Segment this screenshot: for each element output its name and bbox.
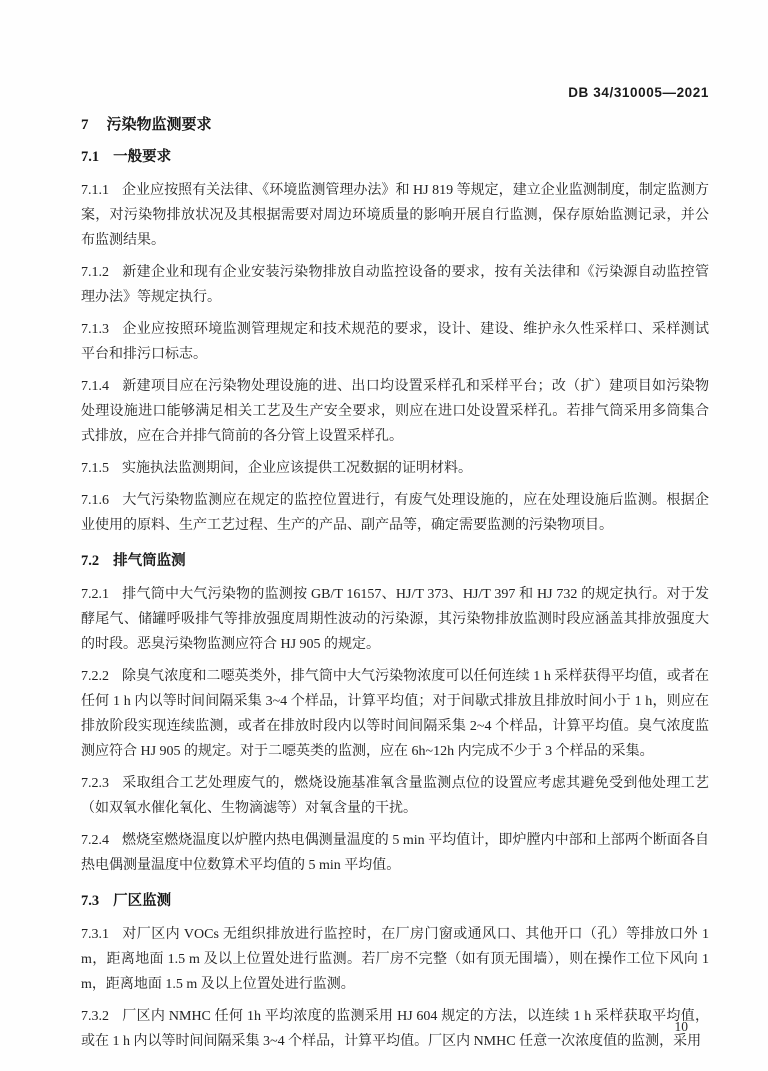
- clause-paragraph: 7.1.4新建项目应在污染物处理设施的进、出口均设置采样孔和采样平台；改（扩）建…: [81, 374, 709, 449]
- clause-text: 对厂区内 VOCs 无组织排放进行监控时，在厂房门窗或通风口、其他开口（孔）等排…: [81, 927, 709, 992]
- standard-code: DB 34/310005—2021: [568, 85, 709, 100]
- clause-paragraph: 7.1.5实施执法监测期间，企业应该提供工况数据的证明材料。: [81, 456, 709, 481]
- clause-number: 7.2.2: [81, 669, 109, 684]
- document-body: 7污染物监测要求7.1一般要求7.1.1企业应按照有关法律、《环境监测管理办法》…: [81, 110, 709, 1054]
- heading-title: 排气筒监测: [113, 553, 186, 569]
- clause-paragraph: 7.3.1对厂区内 VOCs 无组织排放进行监控时，在厂房门窗或通风口、其他开口…: [81, 922, 709, 997]
- clause-paragraph: 7.1.6大气污染物监测应在规定的监控位置进行，有废气处理设施的，应在处理设施后…: [81, 488, 709, 538]
- heading-number: 7.3: [81, 893, 99, 909]
- clause-number: 7.1.3: [81, 322, 109, 337]
- clause-number: 7.2.1: [81, 587, 109, 602]
- clause-paragraph: 7.1.2新建企业和现有企业安装污染物排放自动监控设备的要求，按有关法律和《污染…: [81, 260, 709, 310]
- clause-text: 大气污染物监测应在规定的监控位置进行，有废气处理设施的，应在处理设施后监测。根据…: [81, 493, 709, 533]
- clause-text: 采取组合工艺处理废气的，燃烧设施基准氧含量监测点位的设置应考虑其避免受到他处理工…: [81, 776, 709, 816]
- clause-text: 新建企业和现有企业安装污染物排放自动监控设备的要求，按有关法律和《污染源自动监控…: [81, 265, 709, 305]
- heading-number: 7.1: [81, 149, 99, 165]
- heading-title: 污染物监测要求: [107, 116, 212, 133]
- heading-number: 7: [81, 117, 89, 133]
- clause-paragraph: 7.1.1企业应按照有关法律、《环境监测管理办法》和 HJ 819 等规定，建立…: [81, 178, 709, 253]
- clause-number: 7.1.5: [81, 461, 109, 476]
- chapter-heading: 7污染物监测要求: [81, 116, 709, 134]
- heading-title: 厂区监测: [113, 893, 171, 909]
- section-heading: 7.2排气筒监测: [81, 553, 709, 570]
- document-page: DB 34/310005—2021 7污染物监测要求7.1一般要求7.1.1企业…: [0, 0, 768, 1071]
- clause-number: 7.1.2: [81, 265, 109, 280]
- clause-text: 实施执法监测期间，企业应该提供工况数据的证明材料。: [122, 461, 472, 476]
- clause-text: 新建项目应在污染物处理设施的进、出口均设置采样孔和采样平台；改（扩）建项目如污染…: [81, 379, 709, 444]
- clause-paragraph: 7.2.2除臭气浓度和二噁英类外，排气筒中大气污染物浓度可以任何连续 1 h 采…: [81, 664, 709, 764]
- clause-text: 企业应按照环境监测管理规定和技术规范的要求，设计、建设、维护永久性采样口、采样测…: [81, 322, 709, 362]
- page-number: 10: [675, 1019, 689, 1034]
- clause-number: 7.1.6: [81, 493, 109, 508]
- clause-paragraph: 7.1.3企业应按照环境监测管理规定和技术规范的要求，设计、建设、维护永久性采样…: [81, 317, 709, 367]
- heading-title: 一般要求: [113, 149, 171, 165]
- document-header: DB 34/310005—2021: [81, 85, 709, 100]
- heading-number: 7.2: [81, 553, 99, 569]
- clause-number: 7.1.4: [81, 379, 109, 394]
- section-heading: 7.3厂区监测: [81, 893, 709, 910]
- clause-paragraph: 7.2.3采取组合工艺处理废气的，燃烧设施基准氧含量监测点位的设置应考虑其避免受…: [81, 771, 709, 821]
- clause-text: 排气筒中大气污染物的监测按 GB/T 16157、HJ/T 373、HJ/T 3…: [81, 587, 709, 652]
- clause-text: 企业应按照有关法律、《环境监测管理办法》和 HJ 819 等规定，建立企业监测制…: [81, 183, 709, 248]
- clause-text: 燃烧室燃烧温度以炉膛内热电偶测量温度的 5 min 平均值计，即炉膛内中部和上部…: [81, 833, 709, 873]
- section-heading: 7.1一般要求: [81, 149, 709, 166]
- clause-number: 7.2.3: [81, 776, 109, 791]
- clause-text: 除臭气浓度和二噁英类外，排气筒中大气污染物浓度可以任何连续 1 h 采样获得平均…: [81, 669, 709, 759]
- clause-paragraph: 7.2.1排气筒中大气污染物的监测按 GB/T 16157、HJ/T 373、H…: [81, 582, 709, 657]
- page-footer: 10: [0, 1019, 688, 1035]
- clause-number: 7.2.4: [81, 833, 109, 848]
- clause-number: 7.3.1: [81, 927, 109, 942]
- clause-number: 7.1.1: [81, 183, 109, 198]
- clause-paragraph: 7.2.4燃烧室燃烧温度以炉膛内热电偶测量温度的 5 min 平均值计，即炉膛内…: [81, 828, 709, 878]
